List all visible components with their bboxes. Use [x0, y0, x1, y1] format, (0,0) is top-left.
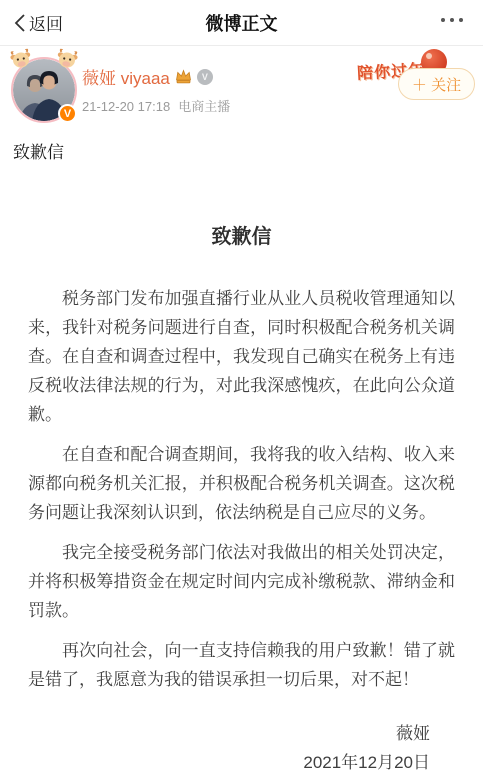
post-text: 致歉信: [13, 138, 483, 163]
letter-paragraph: 税务部门发布加强直播行业从业人员税收管理通知以来，我针对税务问题进行自查，同时积…: [28, 284, 455, 429]
chevron-left-icon: [14, 13, 26, 33]
weibo-post-page: 返回 微博正文 陪你过年: [0, 0, 483, 773]
ellipsis-icon: [441, 18, 445, 22]
timestamp: 21-12-20 17:18: [82, 99, 170, 114]
vip-medal-icon: V: [197, 69, 213, 85]
back-label: 返回: [29, 10, 63, 35]
letter-signature: 薇娅: [28, 722, 455, 746]
letter-image[interactable]: 致歉信 税务部门发布加强直播行业从业人员税收管理通知以来，我针对税务问题进行自查…: [0, 223, 483, 773]
letter-title: 致歉信: [28, 223, 455, 251]
verified-v-badge: V: [58, 104, 77, 123]
letter-paragraph: 再次向社会，向一直支持信赖我的用户致歉！错了就是错了，我愿意为我的错误承担一切后…: [28, 636, 455, 694]
username[interactable]: 薇娅 viyaaa: [82, 64, 170, 89]
letter-paragraph: 我完全接受税务部门依法对我做出的相关处罚决定，并将积极筹措资金在规定时间内完成补…: [28, 538, 455, 625]
page-title: 微博正文: [0, 10, 483, 36]
ox-pendant-icon: [54, 48, 79, 72]
avatar[interactable]: V: [13, 59, 75, 121]
follow-button[interactable]: ＋ 关注: [398, 68, 475, 100]
more-button[interactable]: [441, 14, 463, 26]
user-role: 电商主播: [178, 99, 230, 114]
profile-row: 陪你过年: [0, 46, 483, 124]
crown-badge-icon: [175, 69, 192, 84]
navbar: 返回 微博正文: [0, 0, 483, 45]
letter-body: 税务部门发布加强直播行业从业人员税收管理通知以来，我针对税务问题进行自查，同时积…: [28, 284, 455, 694]
letter-date: 2021年12月20日: [28, 751, 455, 773]
ox-pendant-icon: [8, 48, 33, 72]
letter-paragraph: 在自查和配合调查期间，我将我的收入结构、收入来源都向税务机关汇报，并积极配合税务…: [28, 440, 455, 527]
back-button[interactable]: 返回: [14, 10, 63, 35]
